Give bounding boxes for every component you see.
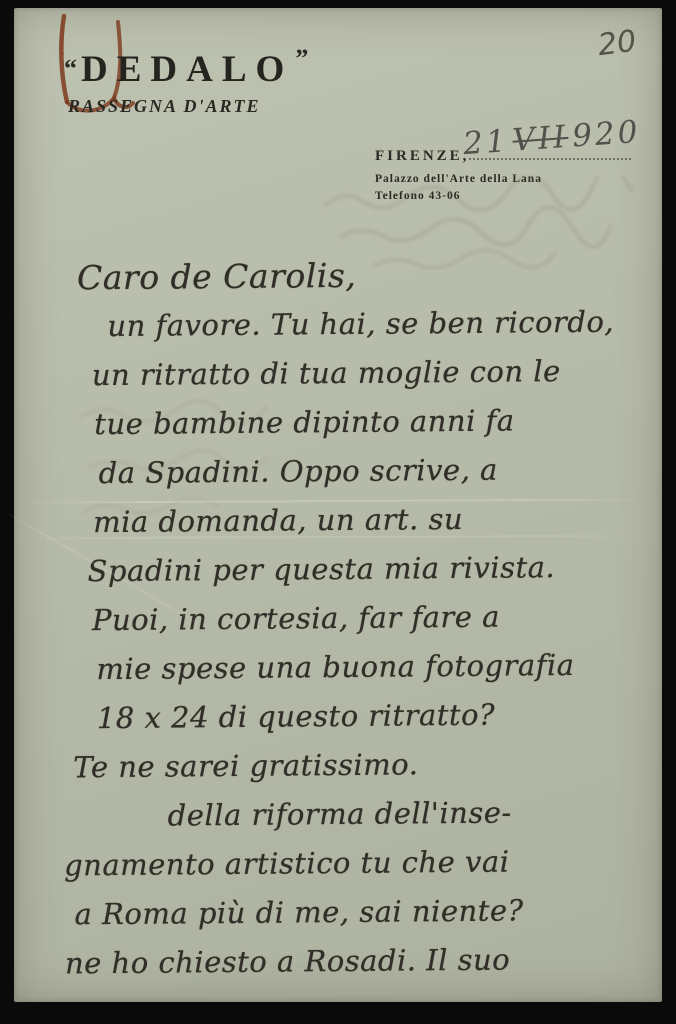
body-line: un ritratto di tua moglie con le [92, 346, 660, 400]
body-line: Spadini per questa mia rivista. [87, 542, 661, 596]
title-open-quote: “ [64, 54, 79, 83]
date-month: VII [511, 119, 569, 159]
letter-paper: 20 “DEDALO” RASSEGNA D'ARTE FIRENZE, 21V… [14, 8, 662, 1002]
body-line: gnamento artistico tu che vai [64, 836, 664, 890]
body-line: a Roma più di me, sai niente? [74, 885, 664, 939]
magazine-title-row: “DEDALO” [64, 48, 308, 91]
magazine-title: DEDALO [81, 49, 293, 90]
salutation-line: Caro de Carolis, [77, 248, 659, 302]
body-line: un favore. Tu hai, se ben ricordo, [107, 297, 659, 351]
pencil-page-number: 20 [596, 24, 638, 63]
letterhead: “DEDALO” RASSEGNA D'ARTE [64, 48, 308, 117]
body-line: tue bambine dipinto anni fa [94, 395, 660, 449]
handwritten-letter-body: Caro de Carolis, un favore. Tu hai, se b… [11, 248, 665, 989]
date-year: 920 [571, 114, 642, 155]
magazine-subtitle: RASSEGNA D'ARTE [68, 96, 308, 117]
body-line: Puoi, in cortesia, far fare a [92, 591, 662, 645]
body-line: della riforma dell'inse- [168, 787, 664, 840]
scanned-letter: 20 “DEDALO” RASSEGNA D'ARTE FIRENZE, 21V… [0, 0, 676, 1024]
body-line: Te ne sarei gratissimo. [73, 738, 663, 792]
body-line: 18 x 24 di questo ritratto? [97, 689, 663, 743]
body-line: mie spese una buona fotografia [96, 640, 662, 694]
date-day: 21 [462, 123, 510, 162]
title-close-quote: ” [295, 44, 308, 73]
body-line: ne ho chiesto a Rosadi. Il suo [65, 934, 665, 988]
city-label: FIRENZE, [375, 148, 469, 164]
body-line: da Spadini. Oppo scrive, a [99, 444, 661, 498]
